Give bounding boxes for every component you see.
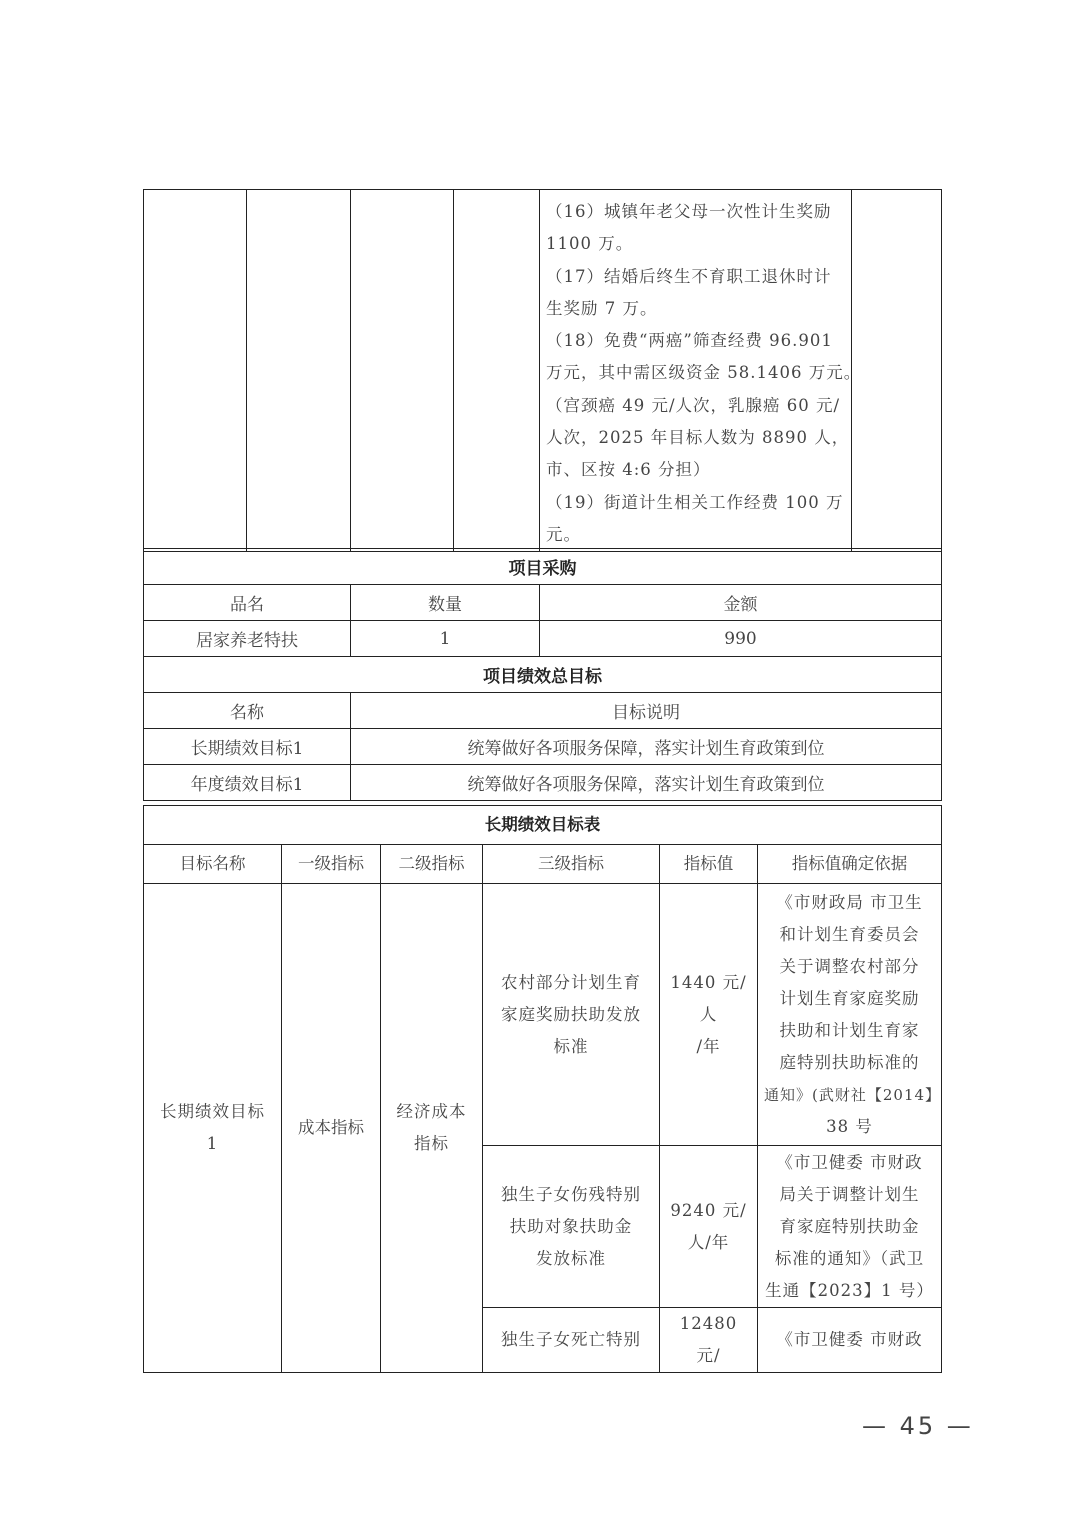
basis-line: 标准的通知》（武卫: [764, 1243, 935, 1275]
level3-line: 标准: [489, 1031, 653, 1063]
basis-line: 局关于调整计划生: [764, 1179, 935, 1211]
empty-cell: [144, 190, 247, 552]
value-line: /年: [666, 1031, 751, 1063]
header-amount: 金额: [540, 585, 942, 621]
empty-cell: [852, 190, 942, 552]
level2-line: 指标: [387, 1128, 476, 1160]
goal-name-line: 1: [150, 1128, 275, 1160]
value-cell: 1440 元/人 /年: [660, 884, 758, 1146]
document-page: （16）城镇年老父母一次性计生奖励 1100 万。 （17）结婚后终生不育职工退…: [0, 0, 1074, 1520]
basis-line: 育家庭特别扶助金: [764, 1211, 935, 1243]
basis-line: 《市财政局 市卫生: [764, 887, 935, 919]
goal-description: 统筹做好各项服务保障，落实计划生育政策到位: [351, 729, 942, 765]
goal-name-cell: 长期绩效目标 1: [144, 884, 282, 1373]
value-line: 人/年: [666, 1227, 751, 1259]
item-quantity: 1: [351, 621, 540, 657]
header-quantity: 数量: [351, 585, 540, 621]
budget-item-line: （17）结婚后终生不育职工退休时计: [546, 261, 845, 293]
basis-cell: 《市卫健委 市财政: [758, 1308, 942, 1373]
value-cell: 12480 元/: [660, 1308, 758, 1373]
basis-line: 庭特别扶助标准的: [764, 1047, 935, 1079]
header-goal-name: 目标名称: [144, 845, 282, 884]
goal-name: 年度绩效目标1: [144, 765, 351, 801]
indicator-row: 长期绩效目标 1 成本指标 经济成本 指标 农村部分计划生育 家庭奖励扶助发放 …: [144, 884, 942, 1146]
goal-row: 年度绩效目标1 统筹做好各项服务保障，落实计划生育政策到位: [144, 765, 942, 801]
level3-cell: 农村部分计划生育 家庭奖励扶助发放 标准: [483, 884, 660, 1146]
budget-item-line: 市、区按 4:6 分担）: [546, 454, 845, 486]
procurement-goals-table: 项目采购 品名 数量 金额 居家养老特扶 1 990 项目绩效总目标 名称 目标…: [143, 548, 942, 801]
basis-cell: 《市财政局 市卫生 和计划生育委员会 关于调整农村部分 计划生育家庭奖励 扶助和…: [758, 884, 942, 1146]
level3-line: 发放标准: [489, 1243, 653, 1275]
basis-line: 计划生育家庭奖励: [764, 983, 935, 1015]
value-line: 1440 元/人: [666, 967, 751, 1031]
level3-cell: 独生子女伤残特别 扶助对象扶助金 发放标准: [483, 1146, 660, 1308]
goal-name: 长期绩效目标1: [144, 729, 351, 765]
goal-row: 长期绩效目标1 统筹做好各项服务保障，落实计划生育政策到位: [144, 729, 942, 765]
value-cell: 9240 元/ 人/年: [660, 1146, 758, 1308]
level3-line: 独生子女伤残特别: [489, 1179, 653, 1211]
header-value: 指标值: [660, 845, 758, 884]
continued-table: （16）城镇年老父母一次性计生奖励 1100 万。 （17）结婚后终生不育职工退…: [143, 189, 942, 552]
empty-cell: [247, 190, 351, 552]
basis-line: 通知》(武财社【2014】: [764, 1079, 935, 1111]
level2-cell: 经济成本 指标: [381, 884, 483, 1373]
budget-item-line: （宫颈癌 49 元/人次，乳腺癌 60 元/: [546, 390, 845, 422]
long-term-goals-table: 长期绩效目标表 目标名称 一级指标 二级指标 三级指标 指标值 指标值确定依据 …: [143, 805, 942, 1373]
budget-item-line: （16）城镇年老父母一次性计生奖励: [546, 196, 845, 228]
goal-description: 统筹做好各项服务保障，落实计划生育政策到位: [351, 765, 942, 801]
basis-line: 《市卫健委 市财政: [764, 1147, 935, 1179]
level3-line: 扶助对象扶助金: [489, 1211, 653, 1243]
budget-item-line: （18）免费“两癌”筛查经费 96.901: [546, 325, 845, 357]
level3-line: 农村部分计划生育: [489, 967, 653, 999]
level3-line: 家庭奖励扶助发放: [489, 999, 653, 1031]
goal-name-line: 长期绩效目标: [150, 1096, 275, 1128]
header-basis: 指标值确定依据: [758, 845, 942, 884]
header-item-name: 品名: [144, 585, 351, 621]
level3-cell: 独生子女死亡特别: [483, 1308, 660, 1373]
budget-item-line: 生奖励 7 万。: [546, 293, 845, 325]
basis-line: 关于调整农村部分: [764, 951, 935, 983]
basis-cell: 《市卫健委 市财政 局关于调整计划生 育家庭特别扶助金 标准的通知》（武卫 生通…: [758, 1146, 942, 1308]
header-level2: 二级指标: [381, 845, 483, 884]
value-line: 9240 元/: [666, 1195, 751, 1227]
overall-goals-section-title: 项目绩效总目标: [144, 657, 942, 693]
budget-item-line: 元。: [546, 519, 845, 551]
empty-cell: [351, 190, 454, 552]
procurement-section-title: 项目采购: [144, 549, 942, 585]
basis-line: 生通【2023】1 号）: [764, 1275, 935, 1307]
budget-item-line: 万元，其中需区级资金 58.1406 万元。: [546, 357, 845, 389]
level1-cell: 成本指标: [282, 884, 381, 1373]
budget-item-line: 1100 万。: [546, 228, 845, 260]
header-level1: 一级指标: [282, 845, 381, 884]
item-name: 居家养老特扶: [144, 621, 351, 657]
header-level3: 三级指标: [483, 845, 660, 884]
long-term-section-title: 长期绩效目标表: [144, 806, 942, 845]
budget-item-line: 人次，2025 年目标人数为 8890 人，: [546, 422, 845, 454]
empty-cell: [454, 190, 540, 552]
item-amount: 990: [540, 621, 942, 657]
header-goal-name: 名称: [144, 693, 351, 729]
basis-line: 38 号: [764, 1111, 935, 1143]
header-goal-desc: 目标说明: [351, 693, 942, 729]
level2-line: 经济成本: [387, 1096, 476, 1128]
procurement-row: 居家养老特扶 1 990: [144, 621, 942, 657]
basis-line: 扶助和计划生育家: [764, 1015, 935, 1047]
budget-items-cell: （16）城镇年老父母一次性计生奖励 1100 万。 （17）结婚后终生不育职工退…: [540, 190, 852, 552]
basis-line: 和计划生育委员会: [764, 919, 935, 951]
budget-item-line: （19）街道计生相关工作经费 100 万: [546, 487, 845, 519]
page-number: — 45 —: [862, 1412, 974, 1440]
